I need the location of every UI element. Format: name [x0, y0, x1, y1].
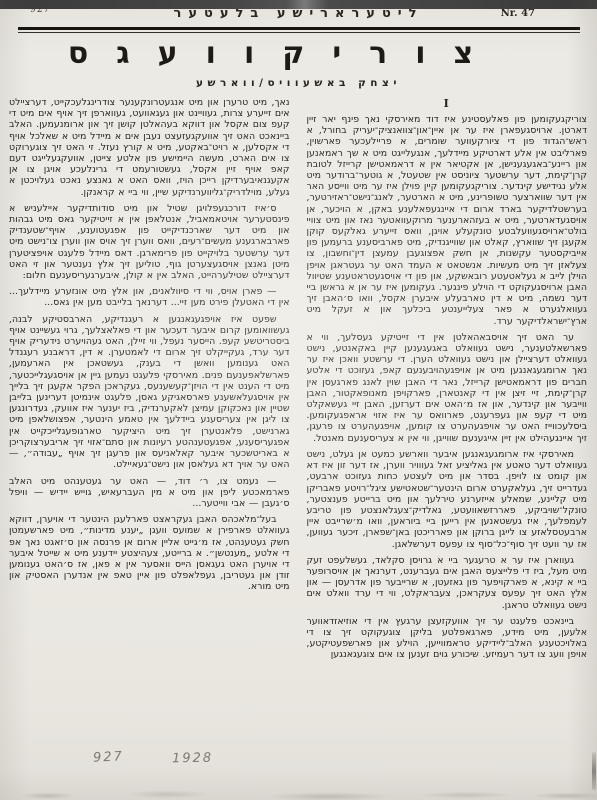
paragraph: נאך, מיט טרערן און מיט אנגעטרונקענער צוד… — [9, 97, 290, 198]
paragraph: מאירסקי איז ארומגעגאנגען איבער ווארשע כמ… — [307, 449, 588, 550]
bottom-scan-smudge — [0, 786, 597, 800]
header-double-rule — [18, 27, 580, 33]
paragraph-dialogue: — נעמט צו, ר׳ דוד, — האט ער געטענהט מיט … — [9, 476, 290, 510]
column-right: I צוריקגעקומען פון פאלעסטינע איז דוד מאי… — [307, 97, 588, 752]
handwritten-year-number: 1928 — [172, 751, 213, 767]
paragraph: געווארן איז ער א טרעגער ביי א גרויסן סקל… — [307, 555, 588, 611]
chapter-marker: I — [307, 97, 588, 111]
paragraph: ס׳איז דורכגעפלויגן שטיל און מיט סודותדיק… — [9, 203, 290, 281]
paragraph-dialogue: — פארן אויס, ווי די סיוולאנים, און אלץ מ… — [9, 286, 290, 308]
handwritten-page-number-left: 927 — [93, 749, 125, 766]
scan-edge-band — [0, 0, 597, 9]
paragraph: ער האט זיך אויסבאהאלטן אין די זייטיקע גע… — [307, 332, 588, 444]
scan-edge-artifact — [592, 752, 596, 790]
column-left: נאך, מיט טרערן און מיט אנגעטרונקענער צוד… — [9, 97, 290, 752]
article-columns: I צוריקגעקומען פון פאלעסטינע איז דוד מאי… — [9, 97, 587, 752]
issue-number: Nr. 47 — [501, 8, 535, 19]
scanned-journal-page: 927 ליטערארישע בלעטער Nr. 47 צוריקוועגס … — [0, 0, 597, 800]
article-byline: יצחק באשעוויס/ווארשע — [0, 77, 597, 89]
paragraph: בעל־מלאכהס האבן געקראצט פארלעגן הינטער ד… — [9, 514, 290, 592]
paragraph: צוריקגעקומען פון פאלעסטינע איז דוד מאירס… — [307, 114, 588, 327]
paragraph: שפעט איז אויפגעגאנגען א רעגנדיקע, הארבסט… — [9, 314, 290, 471]
paragraph: ביינאכט פלעגט ער זיך אוועקזעצן ערגעץ אין… — [307, 616, 588, 661]
article-title: צוריקוועגס — [0, 36, 583, 71]
